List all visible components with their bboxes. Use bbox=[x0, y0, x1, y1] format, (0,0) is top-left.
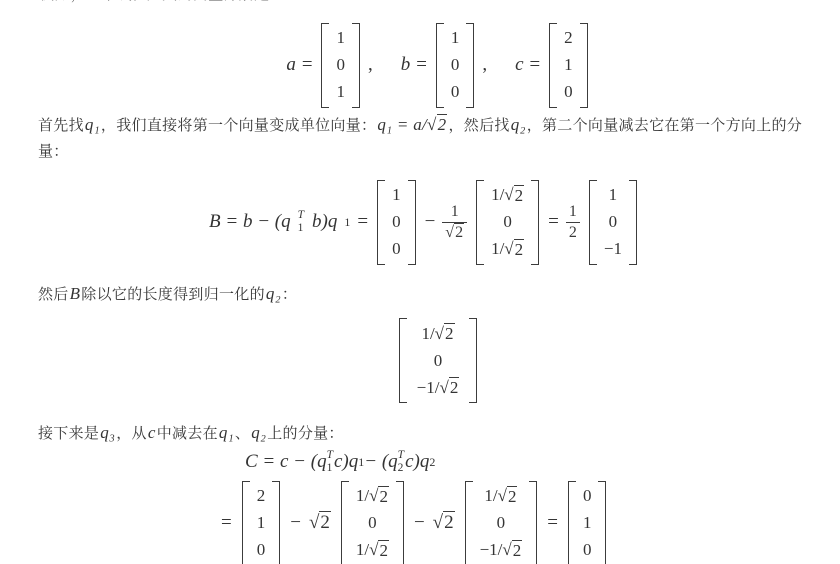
subscript-1: 1 bbox=[344, 215, 350, 230]
matrix-cell: −1/√2 bbox=[480, 537, 523, 564]
math-c: c bbox=[147, 423, 157, 442]
vector-c-matrix: 210 bbox=[549, 22, 588, 109]
matrix-cell: 0 bbox=[503, 209, 512, 236]
matrix-B-result: 10−1 bbox=[589, 179, 637, 266]
text-run: 中减去在 bbox=[157, 425, 218, 442]
matrix-bracket-right bbox=[408, 180, 416, 265]
eqC-part: C = c − (q bbox=[245, 451, 327, 473]
text-run: ，我们直接将第一个向量变成单位向量： bbox=[101, 117, 376, 134]
equation-B: B = b − (qT1b)q1 = 100 − 1 √2 1/√201/√2 … bbox=[4, 172, 840, 272]
matrix-cells: 1/√20−1/√2 bbox=[407, 317, 470, 404]
math-q2: q₂ bbox=[265, 284, 282, 303]
subscript-2: 2 bbox=[398, 463, 404, 475]
matrix-cell: 1 bbox=[336, 25, 345, 52]
sup-sub: T2 bbox=[398, 450, 404, 475]
matrix-bracket-left bbox=[589, 180, 597, 265]
matrix-cell: 1/√2 bbox=[491, 236, 524, 263]
text-run: 接下来是 bbox=[38, 425, 99, 442]
math-q3: q₃ bbox=[99, 423, 116, 442]
matrix-bracket-left bbox=[568, 481, 576, 564]
equals-sign: = bbox=[357, 211, 368, 233]
matrix-bracket-left bbox=[242, 481, 250, 564]
matrix-cell: 1 bbox=[451, 25, 460, 52]
matrix-cell: 0 bbox=[392, 236, 401, 263]
matrix-cell: 1 bbox=[583, 510, 592, 537]
matrix-cell: 1 bbox=[564, 52, 573, 79]
q2-vector-row: 1/√20−1/√2 bbox=[18, 313, 840, 408]
matrix-cell: 1/√2 bbox=[356, 537, 389, 564]
eqC-part: c)q bbox=[334, 451, 358, 473]
math-q1-equals: q₁ = a/√2 bbox=[376, 115, 448, 134]
paragraph-find-q3: 接下来是q₃，从c中减去在q₁、q₂上的分量： bbox=[38, 420, 344, 447]
eqC-part: c)q bbox=[405, 451, 429, 473]
matrix-cell: 0 bbox=[497, 510, 506, 537]
matrix-bracket-left bbox=[341, 481, 349, 564]
text-run: 除以它的长度得到归一化的 bbox=[81, 286, 265, 303]
matrix-bracket-right bbox=[469, 318, 477, 403]
matrix-cell: 0 bbox=[583, 537, 592, 564]
matrix-bracket-left bbox=[321, 23, 329, 108]
text-run: 首先找 bbox=[38, 117, 84, 134]
minus-sign: − bbox=[425, 211, 436, 233]
matrix-bracket-left bbox=[465, 481, 473, 564]
matrix-C-result: 010 bbox=[568, 480, 607, 564]
text-run: 、 bbox=[235, 425, 250, 442]
matrix-bracket-right bbox=[529, 481, 537, 564]
matrix-cell: 1 bbox=[257, 510, 266, 537]
matrix-bracket-left bbox=[399, 318, 407, 403]
matrix-cell: 1 bbox=[609, 182, 618, 209]
matrix-cells: 10−1 bbox=[597, 179, 629, 266]
matrix-cell: −1/√2 bbox=[417, 374, 460, 401]
text-run: ，然后找 bbox=[448, 117, 509, 134]
document-page: 例如，三个线性无关的向量分别是： a = 101 , b = 100 , c =… bbox=[0, 0, 840, 564]
matrix-cell: 0 bbox=[368, 510, 377, 537]
matrix-cell: 2 bbox=[564, 25, 573, 52]
sup-sub: T1 bbox=[298, 210, 304, 235]
matrix-cell: 1/√2 bbox=[421, 320, 454, 347]
eqC-part: − (q bbox=[364, 451, 397, 473]
paragraph-find-q1: 首先找q₁，我们直接将第一个向量变成单位向量：q₁ = a/√2，然后找q₂，第… bbox=[38, 112, 832, 165]
equation-C-line1: C = c − (qT1c)q1 − (qT2c)q2 bbox=[245, 449, 435, 475]
matrix-q2: 1/√20−1/√2 bbox=[465, 480, 538, 564]
vector-b-matrix: 100 bbox=[436, 22, 475, 109]
text-run: 上的分量： bbox=[267, 425, 344, 442]
superscript-T: T bbox=[327, 450, 333, 462]
math-q2: q₂ bbox=[510, 115, 527, 134]
matrix-bracket-right bbox=[580, 23, 588, 108]
matrix-bracket-left bbox=[476, 180, 484, 265]
matrix-q1: 1/√201/√2 bbox=[476, 179, 539, 266]
vector-a-matrix: 101 bbox=[321, 22, 360, 109]
vectors-definition-row: a = 101 , b = 100 , c = 210 bbox=[18, 20, 840, 110]
math-B: B bbox=[69, 284, 82, 303]
matrix-bracket-left bbox=[549, 23, 557, 108]
matrix-cell: 0 bbox=[609, 209, 618, 236]
vector-b-label: b = bbox=[401, 54, 428, 76]
subscript-1: 1 bbox=[327, 463, 333, 475]
clipped-text-line: 例如，三个线性无关的向量分别是： bbox=[40, 0, 285, 5]
matrix-cell: 0 bbox=[451, 79, 460, 106]
denominator: 2 bbox=[566, 222, 580, 242]
matrix-bracket-left bbox=[377, 180, 385, 265]
superscript-T: T bbox=[398, 450, 404, 462]
fraction-1-over-2: 1 2 bbox=[566, 202, 580, 241]
matrix-cell: 1/√2 bbox=[356, 483, 389, 510]
matrix-bracket-right bbox=[272, 481, 280, 564]
matrix-cells: 210 bbox=[250, 480, 273, 564]
superscript-T: T bbox=[298, 210, 304, 222]
sqrt-2: √2 bbox=[433, 512, 455, 534]
equals-sign: = bbox=[547, 512, 558, 534]
matrix-bracket-right bbox=[531, 180, 539, 265]
math-q2: q₂ bbox=[250, 423, 267, 442]
eqB-lhs: B = b − (q bbox=[209, 211, 291, 233]
math-q1: q₁ bbox=[84, 115, 101, 134]
matrix-cells: 101 bbox=[329, 22, 352, 109]
vector-c-label: c = bbox=[515, 54, 541, 76]
matrix-cell: 0 bbox=[434, 347, 443, 374]
matrix-cell: 2 bbox=[257, 483, 266, 510]
matrix-cell: 0 bbox=[336, 52, 345, 79]
matrix-bracket-right bbox=[598, 481, 606, 564]
matrix-cell: 1 bbox=[336, 79, 345, 106]
minus-sign: − bbox=[290, 512, 301, 534]
math-q1: q₁ bbox=[218, 423, 235, 442]
matrix-cell: 1/√2 bbox=[491, 182, 524, 209]
subscript-2: 2 bbox=[429, 455, 435, 470]
comma: , bbox=[368, 54, 373, 76]
matrix-cells: 010 bbox=[576, 480, 599, 564]
text-run: 然后 bbox=[38, 286, 69, 303]
sqrt-2: √2 bbox=[309, 512, 331, 534]
matrix-cells: 100 bbox=[385, 179, 408, 266]
sup-sub: T1 bbox=[327, 450, 333, 475]
matrix-cell: 0 bbox=[257, 537, 266, 564]
subscript-1: 1 bbox=[298, 223, 304, 235]
matrix-cell: 0 bbox=[392, 209, 401, 236]
text-run: ，从 bbox=[116, 425, 147, 442]
matrix-b: 100 bbox=[377, 179, 416, 266]
numerator: 1 bbox=[569, 202, 577, 221]
matrix-c: 210 bbox=[242, 480, 281, 564]
matrix-q2: 1/√20−1/√2 bbox=[399, 317, 478, 404]
minus-sign: − bbox=[414, 512, 425, 534]
matrix-bracket-right bbox=[352, 23, 360, 108]
paragraph-normalize-B: 然后B除以它的长度得到归一化的q₂： bbox=[38, 281, 297, 308]
matrix-bracket-right bbox=[396, 481, 404, 564]
comma: , bbox=[482, 54, 487, 76]
matrix-q1: 1/√201/√2 bbox=[341, 480, 404, 564]
matrix-cell: 0 bbox=[451, 52, 460, 79]
eqB-mid: b)q bbox=[312, 211, 337, 233]
matrix-cells: 1/√201/√2 bbox=[349, 480, 396, 564]
equation-C-line2: = 210 − √2 1/√201/√2 − √2 1/√20−1/√2 = 0… bbox=[221, 477, 608, 564]
equals-sign: = bbox=[548, 211, 559, 233]
matrix-cells: 100 bbox=[444, 22, 467, 109]
text-run: ： bbox=[282, 286, 297, 303]
matrix-bracket-right bbox=[466, 23, 474, 108]
vector-a-label: a = bbox=[286, 54, 313, 76]
matrix-cell: 1 bbox=[392, 182, 401, 209]
fraction-1-over-sqrt2: 1 √2 bbox=[442, 202, 467, 241]
matrix-cell: 0 bbox=[564, 79, 573, 106]
equals-sign: = bbox=[221, 512, 232, 534]
matrix-bracket-right bbox=[629, 180, 637, 265]
numerator: 1 bbox=[451, 202, 459, 221]
matrix-cells: 1/√20−1/√2 bbox=[473, 480, 530, 564]
matrix-cell: 1/√2 bbox=[484, 483, 517, 510]
matrix-bracket-left bbox=[436, 23, 444, 108]
matrix-cell: 0 bbox=[583, 483, 592, 510]
matrix-cell: −1 bbox=[604, 236, 622, 263]
matrix-cells: 1/√201/√2 bbox=[484, 179, 531, 266]
matrix-cells: 210 bbox=[557, 22, 580, 109]
denominator: √2 bbox=[442, 222, 467, 242]
